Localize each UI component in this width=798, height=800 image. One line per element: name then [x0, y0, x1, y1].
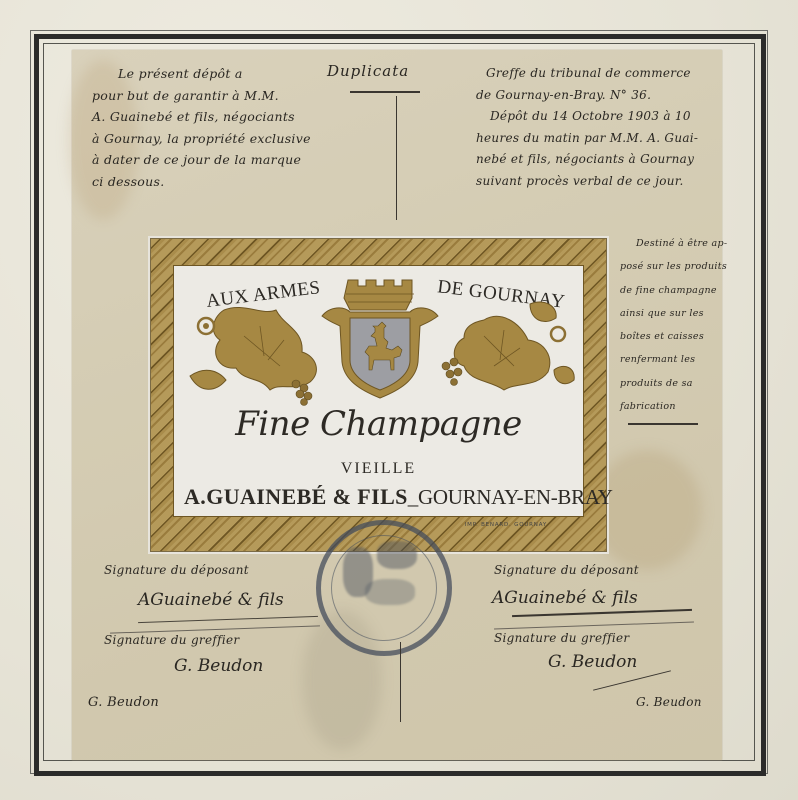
- right-clerk-label: Signature du greffier: [494, 628, 629, 650]
- left-note: Le présent dépôt a pour but de garantir …: [92, 63, 311, 192]
- note-line: renfermant les: [620, 348, 727, 371]
- label-product-name: Fine Champagne: [174, 404, 583, 444]
- note-line: pour but de garantir à M.M.: [92, 85, 311, 107]
- right-depositor-label: Signature du déposant: [494, 560, 639, 582]
- left-printed-name: G. Beudon: [88, 692, 159, 714]
- note-line: ainsi que sur les: [620, 302, 727, 325]
- grape-vine-left-icon: [184, 296, 334, 406]
- note-line: Le présent dépôt a: [92, 63, 311, 85]
- note-line: produits de sa: [620, 372, 727, 395]
- label-panel: AUX ARMES DE GOURNAY: [173, 265, 584, 517]
- label-maker: A.GUAINEBÉ & FILS_GOURNAY-EN-BRAY: [184, 484, 613, 510]
- label-printer: IMP. BENARD. GOURNAY: [465, 522, 547, 528]
- note-line: ci dessous.: [92, 171, 311, 193]
- label-maker-town: _GOURNAY-EN-BRAY: [408, 485, 613, 509]
- note-line: à dater de ce jour de la marque: [92, 149, 311, 171]
- center-divider-top: [396, 96, 397, 220]
- document-title: Duplicata: [327, 62, 409, 80]
- coat-of-arms-icon: [320, 272, 440, 400]
- note-line: Greffe du tribunal de commerce: [476, 63, 698, 85]
- right-printed-name: G. Beudon: [636, 692, 702, 714]
- left-clerk-label: Signature du greffier: [104, 630, 239, 652]
- note-line: suivant procès verbal de ce jour.: [476, 171, 698, 193]
- left-depositor-signature: AGuainebé & fils: [138, 590, 284, 610]
- champagne-label: AUX ARMES DE GOURNAY: [150, 238, 607, 552]
- official-stamp: [316, 520, 452, 656]
- note-line: posé sur les produits: [620, 255, 727, 278]
- note-line: de Gournay-en-Bray. N° 36.: [476, 85, 698, 107]
- note-line: A. Guainebé et fils, négociants: [92, 106, 311, 128]
- side-note-rule: [628, 423, 698, 425]
- left-depositor-label: Signature du déposant: [104, 560, 249, 582]
- note-line: Destiné à être ap-: [620, 232, 727, 255]
- stamp-ink: [377, 541, 417, 569]
- stamp-ink: [365, 579, 415, 605]
- note-line: heures du matin par M.M. A. Guai-: [476, 128, 698, 150]
- note-line: Dépôt du 14 Octobre 1903 à 10: [476, 106, 698, 128]
- label-age: VIEILLE: [174, 460, 583, 478]
- note-line: nebé et fils, négociants à Gournay: [476, 149, 698, 171]
- center-divider-bottom: [400, 642, 401, 722]
- right-note: Greffe du tribunal de commerce de Gourna…: [476, 63, 698, 192]
- stain: [592, 450, 702, 570]
- note-line: à Gournay, la propriété exclusive: [92, 128, 311, 150]
- grape-vine-right-icon: [424, 296, 584, 406]
- right-depositor-signature: AGuainebé & fils: [492, 588, 638, 608]
- side-note: Destiné à être ap- posé sur les produits…: [620, 232, 727, 418]
- note-line: fabrication: [620, 395, 727, 418]
- title-underline: [350, 91, 420, 93]
- note-line: de fine champagne: [620, 279, 727, 302]
- right-clerk-signature: G. Beudon: [548, 652, 637, 672]
- left-clerk-signature: G. Beudon: [174, 656, 263, 676]
- note-line: boîtes et caisses: [620, 325, 727, 348]
- label-maker-name: A.GUAINEBÉ & FILS: [184, 484, 408, 509]
